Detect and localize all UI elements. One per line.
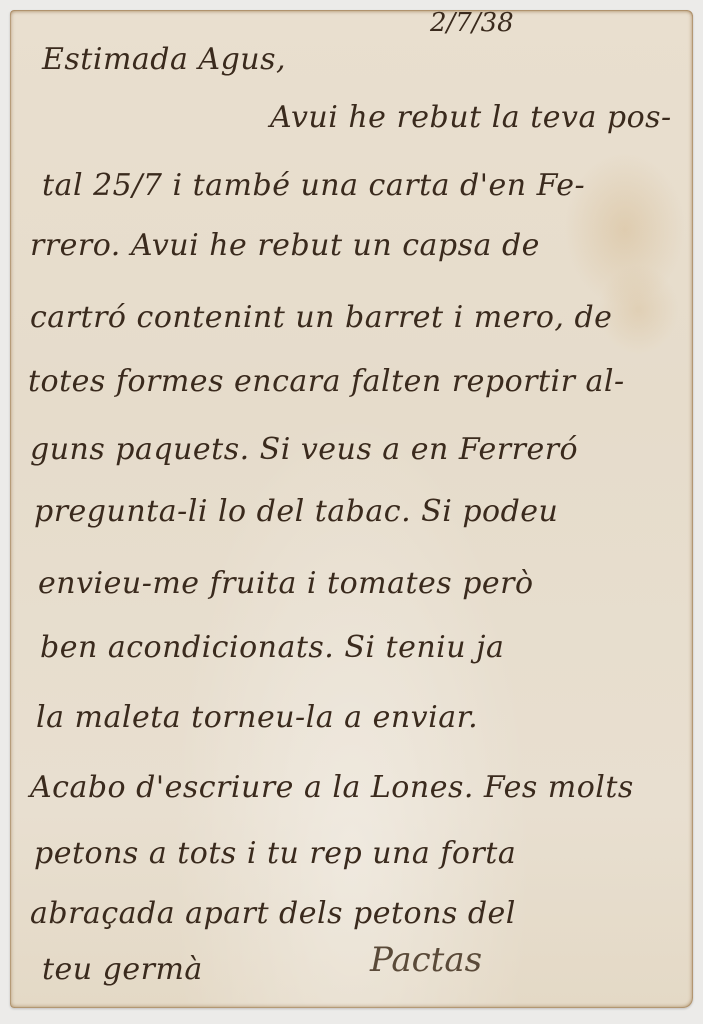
letter-date: 2/7/38 bbox=[430, 8, 514, 38]
letter-line-8: envieu-me fruita i tomates però bbox=[38, 566, 534, 601]
letter-line-5: totes formes encara falten reportir al- bbox=[28, 364, 625, 399]
salutation: Estimada Agus, bbox=[42, 42, 286, 77]
letter-line-3: rrero. Avui he rebut un capsa de bbox=[30, 228, 540, 263]
signature: Pactas bbox=[370, 940, 482, 980]
letter-line-2: tal 25/7 i també una carta d'en Fe- bbox=[42, 168, 585, 203]
letter-line-12: petons a tots i tu rep una forta bbox=[34, 836, 516, 871]
letter-line-13: abraçada apart dels petons del bbox=[30, 896, 516, 931]
letter-line-11: Acabo d'escriure a la Lones. Fes molts bbox=[30, 770, 634, 805]
letter-line-14: teu germà bbox=[42, 952, 203, 987]
letter-line-4: cartró contenint un barret i mero, de bbox=[30, 300, 612, 335]
letter-line-9: ben acondicionats. Si teniu ja bbox=[40, 630, 504, 665]
letter-line-7: pregunta-li lo del tabac. Si podeu bbox=[34, 494, 558, 529]
letter-line-6: guns paquets. Si veus a en Ferreró bbox=[30, 432, 578, 467]
letter-line-10: la maleta torneu-la a enviar. bbox=[36, 700, 478, 735]
letter-line-1: Avui he rebut la teva pos- bbox=[270, 100, 672, 135]
